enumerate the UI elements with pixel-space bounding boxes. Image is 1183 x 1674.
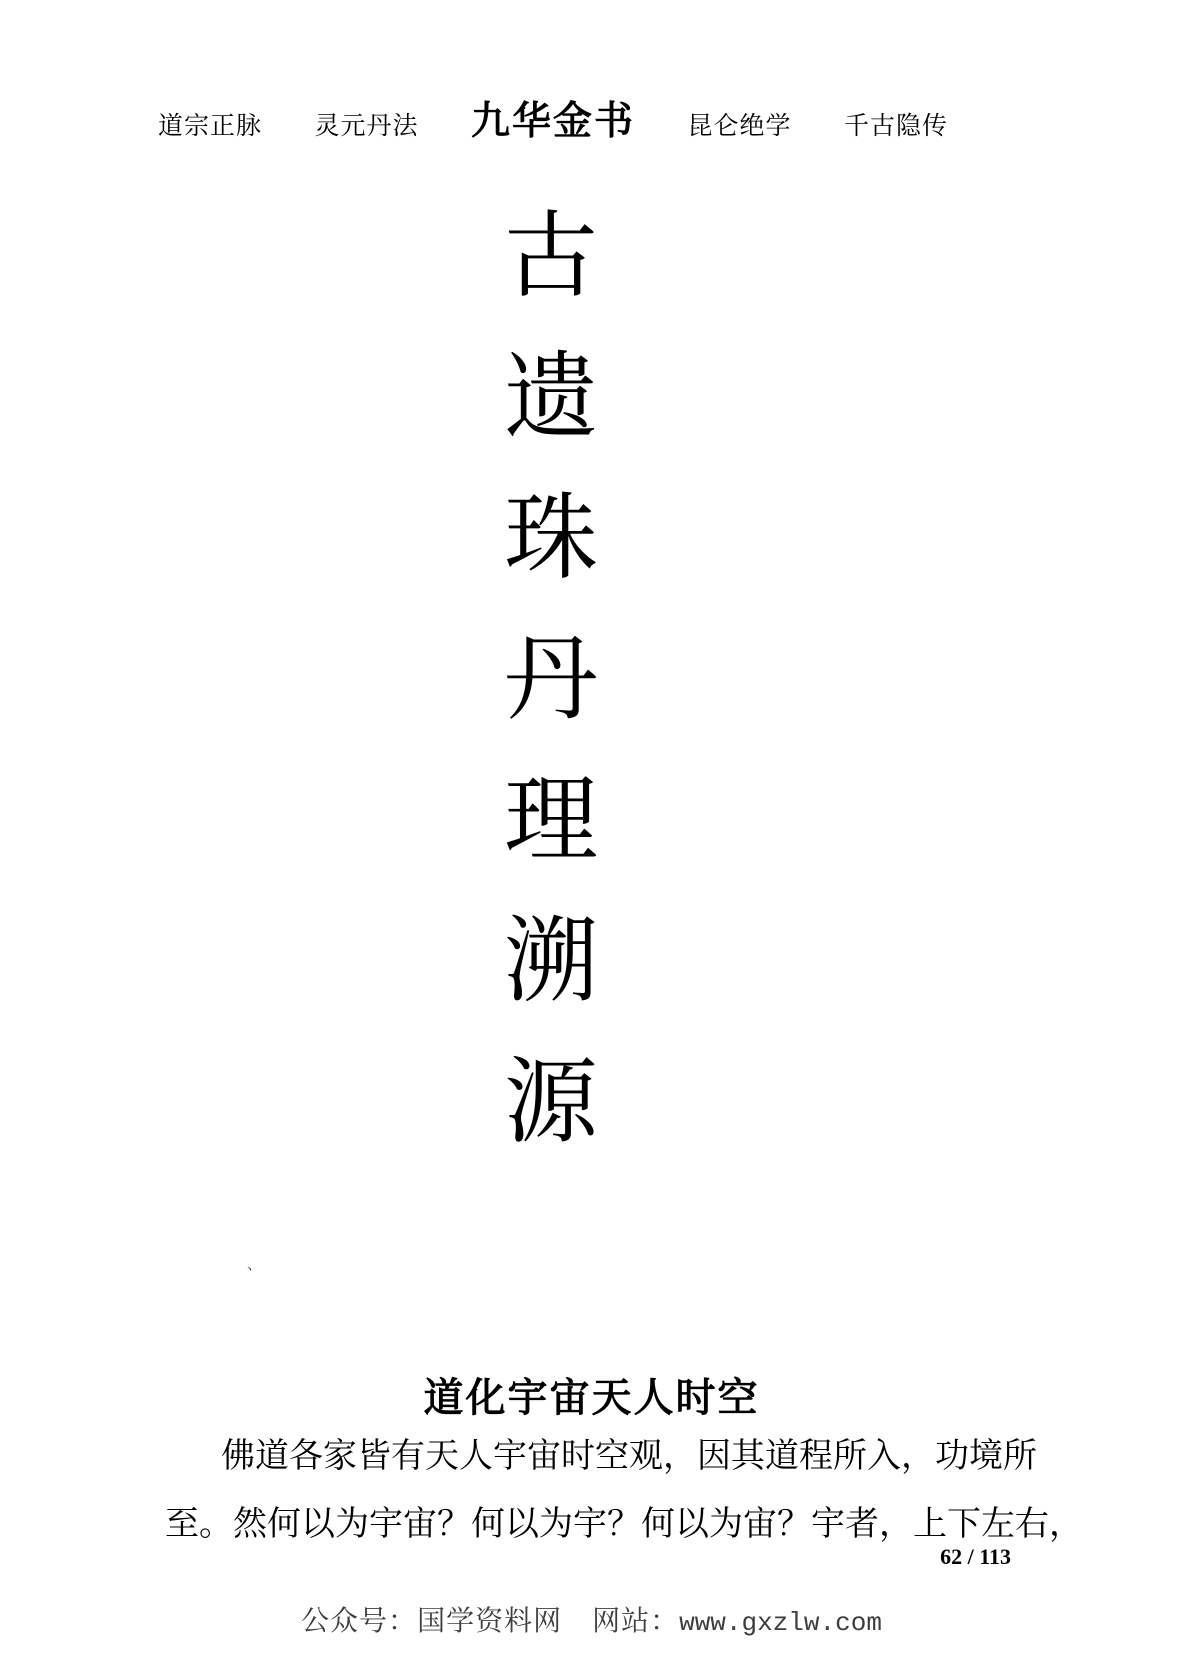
footer-wechat-label: 公众号： bbox=[301, 1606, 417, 1637]
footer-site-url: www.gxzlw.com bbox=[679, 1608, 882, 1638]
page-header: 道宗正脉 灵元丹法 九华金书 昆仑绝学 千古隐传 bbox=[158, 90, 948, 146]
footer-wechat-name: 国学资料网 bbox=[417, 1606, 562, 1637]
page-number: 62 / 113 bbox=[940, 1544, 1011, 1570]
document-page: 道宗正脉 灵元丹法 九华金书 昆仑绝学 千古隐传 古 遗 珠 丹 理 溯 源 、… bbox=[0, 0, 1183, 1674]
body-paragraph: 佛道各家皆有天人宇宙时空观，因其道程所入，功境所 至。然何以为宇宙？何以为宇？何… bbox=[165, 1436, 1015, 1572]
header-item-daozongzhengmai: 道宗正脉 bbox=[158, 106, 262, 142]
chapter-title-char: 溯 bbox=[504, 890, 598, 1031]
footer-site-label: 网站： bbox=[592, 1606, 679, 1637]
chapter-title-char: 遗 bbox=[504, 326, 598, 467]
chapter-title-char: 丹 bbox=[504, 608, 598, 749]
book-title: 九华金书 bbox=[471, 90, 635, 146]
section-heading: 道化宇宙天人时空 bbox=[0, 1366, 1183, 1423]
header-item-lingyuandanfa: 灵元丹法 bbox=[314, 106, 418, 142]
header-item-kunlunjuexue: 昆仑绝学 bbox=[687, 106, 791, 142]
body-line: 佛道各家皆有天人宇宙时空观，因其道程所入，功境所 bbox=[165, 1436, 1015, 1478]
page-footer: 公众号：国学资料网网站：www.gxzlw.com bbox=[0, 1599, 1183, 1639]
stray-punctuation-mark: 、 bbox=[247, 1258, 262, 1273]
chapter-title-char: 源 bbox=[504, 1031, 598, 1172]
chapter-title-char: 理 bbox=[504, 749, 598, 890]
chapter-title-vertical: 古 遗 珠 丹 理 溯 源 bbox=[462, 185, 640, 1172]
chapter-title-char: 珠 bbox=[504, 467, 598, 608]
chapter-title-char: 古 bbox=[504, 185, 598, 326]
header-item-qianguyinchuan: 千古隐传 bbox=[844, 106, 948, 142]
body-line: 至。然何以为宇宙？何以为宇？何以为宙？宇者，上下左右， bbox=[165, 1504, 1015, 1546]
